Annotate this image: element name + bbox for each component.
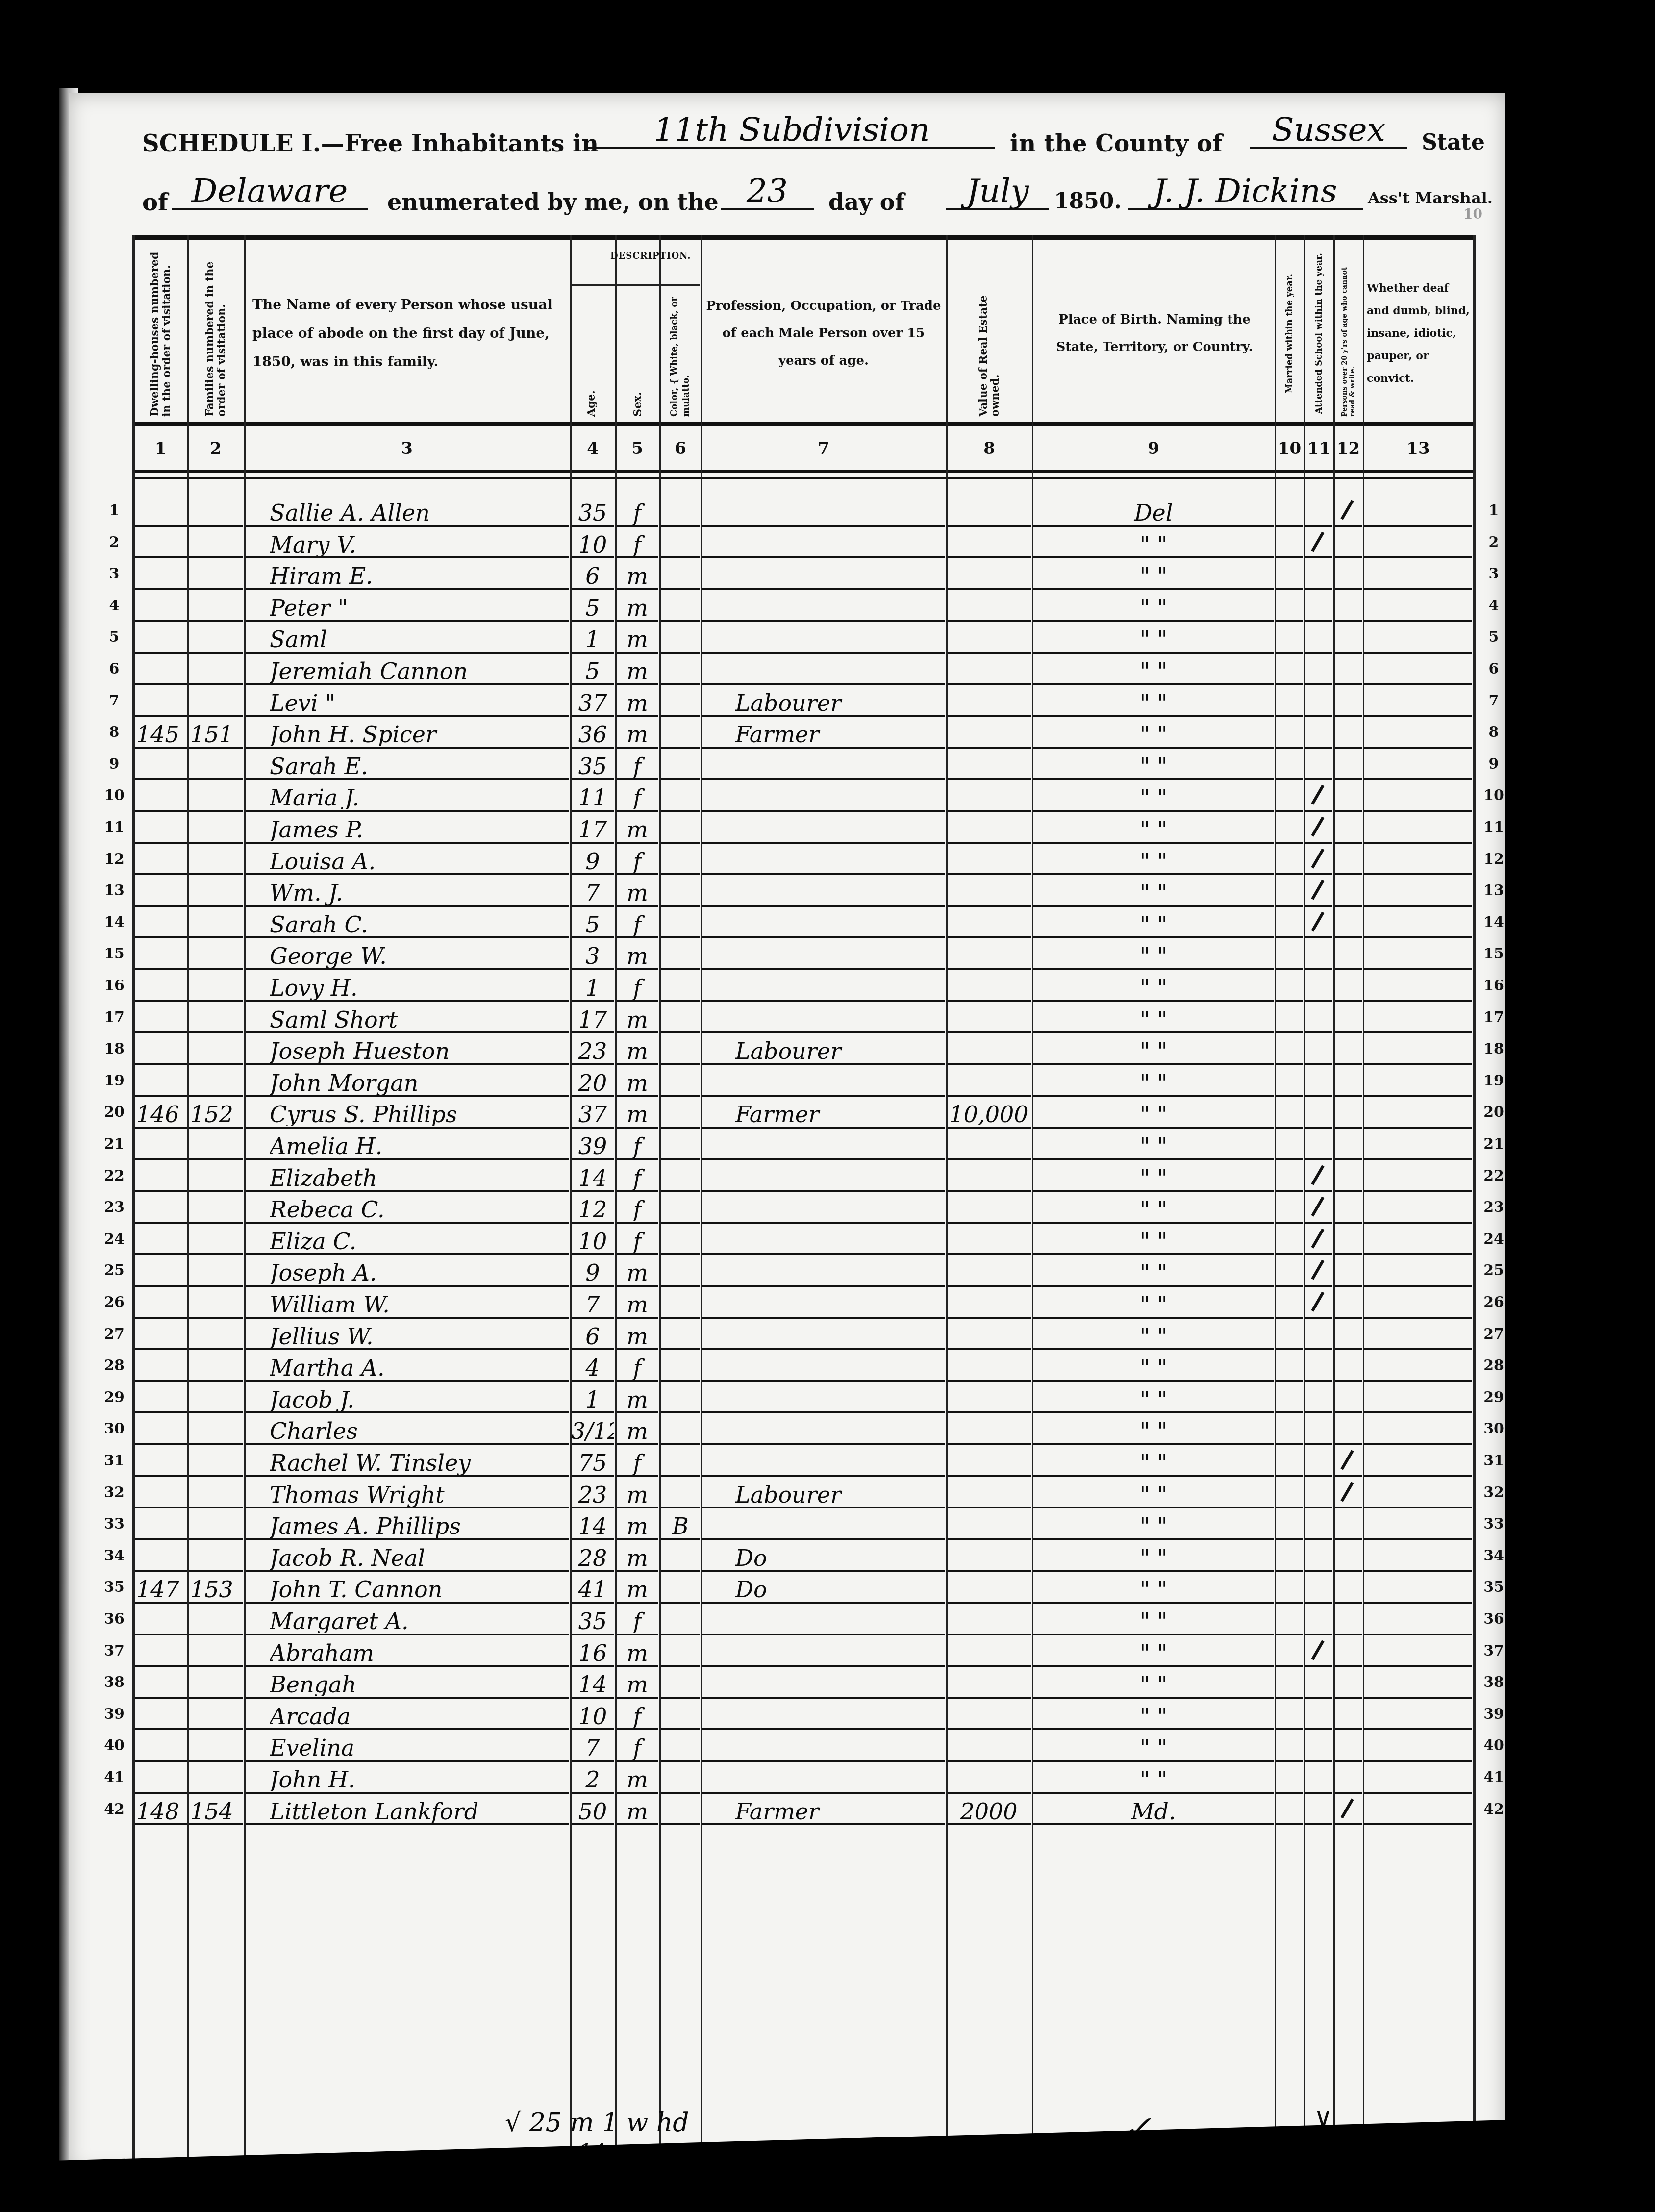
line-number-right: 24 <box>1481 1224 1506 1255</box>
row-rule <box>702 1823 945 1825</box>
dwelling-number <box>136 1224 185 1253</box>
person-name: Abraham <box>270 1635 564 1665</box>
line-number-left: 9 <box>102 749 126 780</box>
row-rule <box>246 1823 569 1825</box>
family-number <box>190 1192 242 1221</box>
family-number <box>190 1287 242 1316</box>
person-name: Sarah C. <box>270 907 564 936</box>
occupation <box>735 1160 941 1190</box>
person-name: Margaret A. <box>270 1604 564 1633</box>
family-number <box>190 875 242 905</box>
row-rule <box>1335 1823 1362 1825</box>
birthplace: " " <box>1033 654 1274 683</box>
occupation <box>735 558 941 588</box>
table-row: 2020146152Cyrus S. Phillips37mFarmer10,0… <box>132 1097 1476 1129</box>
color <box>660 1667 701 1696</box>
line-number-right: 25 <box>1481 1255 1506 1286</box>
age: 75 <box>571 1445 614 1475</box>
family-number <box>190 1762 242 1791</box>
line-number-right: 22 <box>1481 1160 1506 1192</box>
occupation <box>735 1667 941 1696</box>
color <box>660 622 701 651</box>
real-estate-value <box>947 590 1030 620</box>
subdivision-field: 11th Subdivision <box>588 113 995 149</box>
person-name: Eliza C. <box>270 1224 564 1253</box>
line-number-left: 36 <box>102 1604 126 1635</box>
line-number-left: 4 <box>102 590 126 622</box>
occupation <box>735 1319 941 1348</box>
col-header-text: Value of Real Estate owned. <box>978 250 1001 417</box>
line-number-left: 38 <box>102 1667 126 1698</box>
table-row: 3737Abraham16m" " <box>132 1635 1476 1667</box>
col-header-dwelling: Dwelling-houses numbered in the order of… <box>135 250 186 417</box>
col-number: 3 <box>245 434 569 463</box>
age: 20 <box>571 1065 614 1095</box>
line-number-right: 12 <box>1481 844 1506 875</box>
real-estate-value <box>947 1287 1030 1316</box>
sex: m <box>616 1635 658 1665</box>
person-name: Louisa A. <box>270 844 564 873</box>
birthplace: " " <box>1033 1382 1274 1411</box>
real-estate-value <box>947 1033 1030 1063</box>
family-number <box>190 1508 242 1538</box>
col-header-text: Attended School within the year. <box>1314 253 1324 414</box>
line-number-left: 16 <box>102 970 126 1002</box>
color <box>660 844 701 873</box>
table-top-rule <box>132 235 1476 240</box>
occupation <box>735 1224 941 1253</box>
line-number-left: 17 <box>102 1002 126 1033</box>
county-field: Sussex <box>1250 113 1407 149</box>
birthplace: " " <box>1033 1572 1274 1601</box>
table-row: 3535147153John T. Cannon41mDo" " <box>132 1572 1476 1604</box>
sex: m <box>616 1382 658 1411</box>
line-number-right: 5 <box>1481 622 1506 653</box>
col-header-condition: Whether deaf and dumb, blind, insane, id… <box>1367 250 1471 417</box>
col-header-text: Profession, Occupation, or Trade of each… <box>706 292 941 375</box>
occupation <box>735 1255 941 1284</box>
birthplace: Md. <box>1033 1794 1274 1823</box>
person-name: Joseph Hueston <box>270 1033 564 1063</box>
bottom-tally-note: √ 25 m 1 w hd <box>505 2108 689 2137</box>
table-row: 2222Elizabeth14f" " <box>132 1160 1476 1192</box>
dwelling-number <box>136 1192 185 1221</box>
color <box>660 1129 701 1158</box>
col-header-married: Married within the year. <box>1276 250 1303 417</box>
line-number-left: 39 <box>102 1699 126 1730</box>
line-number-left: 22 <box>102 1160 126 1192</box>
age: 2 <box>571 1762 614 1791</box>
line-number-left: 11 <box>102 812 126 843</box>
birthplace: " " <box>1033 1508 1274 1538</box>
line-number-right: 31 <box>1481 1445 1506 1477</box>
real-estate-value <box>947 1572 1030 1601</box>
state-value: Delaware <box>192 172 348 210</box>
dwelling-number <box>136 527 185 556</box>
line-number-left: 19 <box>102 1065 126 1097</box>
dwelling-number: 148 <box>136 1794 185 1823</box>
birthplace: " " <box>1033 1097 1274 1126</box>
family-number <box>190 812 242 841</box>
table-row: 3434Jacob R. Neal28mDo" " <box>132 1540 1476 1572</box>
row-rule <box>617 1823 658 1825</box>
line-number-right: 41 <box>1481 1762 1506 1793</box>
color <box>660 1382 701 1411</box>
row-rule <box>1033 1823 1274 1825</box>
enumerated-label: enumerated by me, on the <box>387 189 719 215</box>
table-row: 1010Maria J.11f" " <box>132 780 1476 812</box>
day-value: 23 <box>747 172 788 210</box>
family-number <box>190 527 242 556</box>
dwelling-number <box>136 1730 185 1760</box>
real-estate-value <box>947 1604 1030 1633</box>
school-mark <box>1311 531 1324 552</box>
family-number <box>190 1350 242 1380</box>
age: 10 <box>571 1224 614 1253</box>
dwelling-number: 146 <box>136 1097 185 1126</box>
description-label: DESCRIPTION. <box>610 251 691 261</box>
school-mark <box>1311 1640 1324 1660</box>
age: 37 <box>571 1097 614 1126</box>
dwelling-number <box>136 970 185 1000</box>
line-number-right: 9 <box>1481 749 1506 780</box>
birthplace: " " <box>1033 780 1274 809</box>
person-name: Wm. J. <box>270 875 564 905</box>
col-number: 5 <box>616 434 658 463</box>
line-number-left: 40 <box>102 1730 126 1761</box>
table-row: 22Mary V.10f" " <box>132 527 1476 559</box>
dwelling-number <box>136 1319 185 1348</box>
age: 14 <box>571 1667 614 1696</box>
line-number-right: 30 <box>1481 1413 1506 1445</box>
birthplace: " " <box>1033 1730 1274 1760</box>
line-number-right: 28 <box>1481 1350 1506 1382</box>
col-number: 7 <box>702 434 945 463</box>
day-field: 23 <box>721 174 814 210</box>
person-name: Levi " <box>270 685 564 715</box>
family-number <box>190 1033 242 1063</box>
real-estate-value <box>947 1224 1030 1253</box>
col-number: 1 <box>135 434 186 463</box>
col-header-text: The Name of every Person whose usual pla… <box>252 291 561 376</box>
real-estate-value <box>947 1445 1030 1475</box>
color <box>660 1794 701 1823</box>
age: 5 <box>571 907 614 936</box>
col-header-age: Age. <box>568 294 614 417</box>
col-number: 11 <box>1305 434 1333 463</box>
birthplace: " " <box>1033 1192 1274 1221</box>
table-row: 1919John Morgan20m" " <box>132 1065 1476 1097</box>
year-label: 1850. <box>1054 189 1122 214</box>
color <box>660 812 701 841</box>
sex: m <box>616 1508 658 1538</box>
age: 1 <box>571 1382 614 1411</box>
table-row: 3030Charles3/12m" " <box>132 1413 1476 1445</box>
age: 12 <box>571 1192 614 1221</box>
line-number-right: 33 <box>1481 1508 1506 1540</box>
day-of-label: day of <box>828 189 904 215</box>
birthplace: " " <box>1033 1762 1274 1791</box>
person-name: William W. <box>270 1287 564 1316</box>
person-name: James A. Phillips <box>270 1508 564 1538</box>
person-name: Jeremiah Cannon <box>270 654 564 683</box>
occupation <box>735 622 941 651</box>
dwelling-number <box>136 1508 185 1538</box>
person-name: Elizabeth <box>270 1160 564 1190</box>
family-number <box>190 1160 242 1190</box>
person-name: Joseph A. <box>270 1255 564 1284</box>
dwelling-number <box>136 685 185 715</box>
line-number-left: 6 <box>102 654 126 685</box>
school-mark <box>1311 1291 1324 1311</box>
occupation <box>735 938 941 968</box>
dwelling-number <box>136 1477 185 1507</box>
real-estate-value <box>947 558 1030 588</box>
age: 17 <box>571 1002 614 1031</box>
birthplace: " " <box>1033 717 1274 746</box>
line-number-left: 42 <box>102 1794 126 1825</box>
real-estate-value <box>947 1508 1030 1538</box>
age: 7 <box>571 1730 614 1760</box>
line-number-left: 23 <box>102 1192 126 1223</box>
sex: m <box>616 1762 658 1791</box>
month-field: July <box>946 174 1049 210</box>
month-value: July <box>966 172 1028 210</box>
sex: f <box>616 1224 658 1253</box>
occupation <box>735 1065 941 1095</box>
color <box>660 749 701 778</box>
colnum-bottom-rule-1 <box>132 470 1476 473</box>
birthplace: " " <box>1033 1160 1274 1190</box>
line-number-right: 26 <box>1481 1287 1506 1318</box>
occupation <box>735 749 941 778</box>
line-number-right: 1 <box>1481 495 1506 527</box>
illiterate-mark <box>1340 500 1354 520</box>
of-label: of <box>142 189 168 216</box>
line-number-left: 10 <box>102 780 126 811</box>
table-row: 3333James A. Phillips14mB" " <box>132 1508 1476 1540</box>
occupation: Farmer <box>735 1794 941 1823</box>
dwelling-number <box>136 1604 185 1633</box>
occupation <box>735 907 941 936</box>
state-field: Delaware <box>172 174 368 210</box>
subdivision-value: 11th Subdivision <box>654 111 930 149</box>
age: 35 <box>571 1604 614 1633</box>
table-row: 2727Jellius W.6m" " <box>132 1319 1476 1351</box>
table-row: 3131Rachel W. Tinsley75f" " <box>132 1445 1476 1477</box>
birthplace: " " <box>1033 1002 1274 1031</box>
real-estate-value <box>947 875 1030 905</box>
occupation <box>735 590 941 620</box>
occupation <box>735 1129 941 1158</box>
person-name: Sallie A. Allen <box>270 495 564 525</box>
sex: m <box>616 1255 658 1284</box>
dwelling-number <box>136 558 185 588</box>
color <box>660 875 701 905</box>
age: 28 <box>571 1540 614 1570</box>
line-number-left: 21 <box>102 1129 126 1160</box>
age: 1 <box>571 970 614 1000</box>
birthplace: " " <box>1033 1287 1274 1316</box>
line-number-left: 41 <box>102 1762 126 1793</box>
line-number-right: 10 <box>1481 780 1506 811</box>
table-row: 2525Joseph A.9m" " <box>132 1255 1476 1287</box>
birthplace: " " <box>1033 1667 1274 1696</box>
person-name: Thomas Wright <box>270 1477 564 1507</box>
family-number <box>190 1699 242 1728</box>
person-name: John T. Cannon <box>270 1572 564 1601</box>
age: 14 <box>571 1508 614 1538</box>
dwelling-number: 145 <box>136 717 185 746</box>
col-header-sex: Sex. <box>617 294 658 417</box>
color <box>660 1065 701 1095</box>
color <box>660 654 701 683</box>
line-number-left: 18 <box>102 1033 126 1065</box>
line-number-right: 29 <box>1481 1382 1506 1413</box>
line-number-right: 27 <box>1481 1319 1506 1350</box>
table-row: 4141John H.2m" " <box>132 1762 1476 1794</box>
table-row: 44Peter "5m" " <box>132 590 1476 622</box>
age: 16 <box>571 1635 614 1665</box>
sex: m <box>616 1413 658 1443</box>
table-row: 66Jeremiah Cannon5m" " <box>132 654 1476 685</box>
family-number: 153 <box>190 1572 242 1601</box>
line-number-right: 39 <box>1481 1699 1506 1730</box>
col-header-birthplace: Place of Birth. Naming the State, Territ… <box>1039 250 1270 417</box>
birthplace: " " <box>1033 1065 1274 1095</box>
col-header-text: Persons over 20 y'rs of age who cannot r… <box>1341 250 1356 417</box>
line-number-right: 16 <box>1481 970 1506 1002</box>
age: 36 <box>571 717 614 746</box>
occupation: Do <box>735 1572 941 1601</box>
occupation <box>735 844 941 873</box>
person-name: Sarah E. <box>270 749 564 778</box>
line-number-right: 23 <box>1481 1192 1506 1223</box>
school-mark <box>1311 1197 1324 1217</box>
birthplace: " " <box>1033 1350 1274 1380</box>
birthplace: " " <box>1033 812 1274 841</box>
family-number <box>190 1635 242 1665</box>
line-number-right: 4 <box>1481 590 1506 622</box>
real-estate-value <box>947 527 1030 556</box>
dwelling-number <box>136 622 185 651</box>
dwelling-number <box>136 1635 185 1665</box>
age: 39 <box>571 1129 614 1158</box>
real-estate-value <box>947 1065 1030 1095</box>
row-rule <box>1305 1823 1332 1825</box>
color <box>660 527 701 556</box>
row-rule <box>1276 1823 1303 1825</box>
family-number <box>190 780 242 809</box>
col-number: 10 <box>1276 434 1304 463</box>
table-row: 4242148154Littleton Lankford50mFarmer200… <box>132 1794 1476 1826</box>
dwelling-number <box>136 1350 185 1380</box>
occupation <box>735 812 941 841</box>
age: 41 <box>571 1572 614 1601</box>
schedule-title: SCHEDULE I.—Free Inhabitants in <box>142 130 599 157</box>
birthplace: " " <box>1033 1413 1274 1443</box>
real-estate-value <box>947 1319 1030 1348</box>
sex: m <box>616 622 658 651</box>
color <box>660 495 701 525</box>
sex: f <box>616 970 658 1000</box>
family-number <box>190 1667 242 1696</box>
table-row: 11Sallie A. Allen35fDel <box>132 495 1476 527</box>
line-number-right: 20 <box>1481 1097 1506 1128</box>
birthplace: Del <box>1033 495 1274 525</box>
table-row: 1515George W.3m" " <box>132 938 1476 970</box>
table-row: 2323Rebeca C.12f" " <box>132 1192 1476 1224</box>
real-estate-value <box>947 1477 1030 1507</box>
marshal-name: J. J. Dickins <box>1153 172 1337 210</box>
col-header-text: Dwelling-houses numbered in the order of… <box>149 250 173 417</box>
birthplace: " " <box>1033 970 1274 1000</box>
sex: f <box>616 780 658 809</box>
table-row: 3232Thomas Wright23mLabourer" " <box>132 1477 1476 1509</box>
col-header-text: Families numbered in the order of visita… <box>204 250 227 417</box>
color <box>660 1319 701 1348</box>
birthplace: " " <box>1033 1129 1274 1158</box>
line-number-right: 32 <box>1481 1477 1506 1508</box>
line-number-right: 17 <box>1481 1002 1506 1033</box>
line-number-left: 8 <box>102 717 126 748</box>
birthplace: " " <box>1033 1477 1274 1507</box>
page-margin-note: 10 <box>1463 206 1482 222</box>
table-row: 1717Saml Short17m" " <box>132 1002 1476 1034</box>
birthplace: " " <box>1033 1540 1274 1570</box>
county-value: Sussex <box>1272 111 1385 149</box>
real-estate-value <box>947 622 1030 651</box>
sex: f <box>616 1350 658 1380</box>
line-number-right: 6 <box>1481 654 1506 685</box>
col-header-color: Color, { White, black, or mulatto. <box>661 294 700 417</box>
real-estate-value <box>947 1699 1030 1728</box>
dwelling-number <box>136 654 185 683</box>
age: 3 <box>571 938 614 968</box>
person-name: John H. Spicer <box>270 717 564 746</box>
real-estate-value <box>947 1762 1030 1791</box>
color <box>660 1540 701 1570</box>
sex: m <box>616 685 658 715</box>
dwelling-number <box>136 1255 185 1284</box>
occupation: Labourer <box>735 685 941 715</box>
row-rule <box>1364 1823 1472 1825</box>
sex: m <box>616 1002 658 1031</box>
real-estate-value <box>947 1540 1030 1570</box>
dwelling-number <box>136 749 185 778</box>
col-header-family: Families numbered in the order of visita… <box>189 250 243 417</box>
family-number <box>190 622 242 651</box>
county-label: in the County of <box>1010 130 1223 157</box>
real-estate-value <box>947 1382 1030 1411</box>
sex: m <box>616 1477 658 1507</box>
col-header-text: Age. <box>585 390 597 417</box>
col-header-occupation: Profession, Occupation, or Trade of each… <box>706 250 941 417</box>
col-number: 13 <box>1364 434 1473 463</box>
birthplace: " " <box>1033 1033 1274 1063</box>
real-estate-value <box>947 938 1030 968</box>
person-name: Saml <box>270 622 564 651</box>
sex: m <box>616 938 658 968</box>
col-header-name: The Name of every Person whose usual pla… <box>252 250 561 417</box>
sex: m <box>616 1319 658 1348</box>
color <box>660 1033 701 1063</box>
age: 6 <box>571 558 614 588</box>
sex: f <box>616 527 658 556</box>
person-name: John Morgan <box>270 1065 564 1095</box>
person-name: Arcada <box>270 1699 564 1728</box>
color <box>660 1160 701 1190</box>
